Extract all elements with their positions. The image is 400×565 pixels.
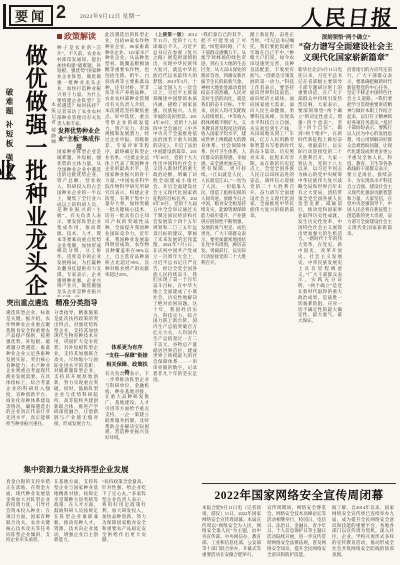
policy-subhead-3: 集中资源力量支持阵型企业发展	[6, 464, 146, 475]
policy-subhead-1-line1: 发挥优势种业企	[57, 128, 101, 136]
policy-article-headline: 做优做强一批种业龙头企业	[15, 36, 51, 304]
continuation-col6: 踏上新征程，奋进正当时。“牢记总书记嘱托，我们要把饭碗牢牢端在自己手中。”种粮大…	[250, 32, 294, 478]
continuation-lead: （上接第一版）	[153, 32, 187, 37]
policy-body-bot1: 真金白银的支持举措正在落地。在资金方面，现代种业发展基金将加大对阵型企业的投资力…	[6, 479, 50, 562]
policy-body-mid2: 分类指导、精准施策是此次扶持政策的突出特点。对强优势阵型企业，支持其加快现代生物…	[54, 310, 98, 460]
policy-body-col3b: 有关负责人表示，下一步将推动阵型企业与科研单位、金融机构、种业基地对接，在重大品…	[105, 371, 149, 460]
policy-body-mid1: 遴选阵型企业，标准是关键。据介绍，农作物种业企业重点聚焦粮食安全和重要农产品稳产…	[6, 310, 50, 460]
cyber-body-col3: 据了解，自2014年以来，国家网络安全宣传周已连续举办九届，成为提升全民网络安全…	[332, 505, 394, 562]
corner-fold-mark	[3, 4, 6, 27]
continuation-col5: “我们靠自己的双手，把不可能变成了可能。”回望来时路，广大干部群众感慨万千。从塞…	[201, 32, 246, 478]
policy-column-label-text: 政策解读	[64, 31, 96, 42]
section-label-box: 要闻	[9, 5, 53, 26]
masthead-rule	[3, 27, 397, 29]
square-bullet-icon	[57, 34, 62, 39]
cyber-article-headline: 2022年国家网络安全宣传周闭幕	[202, 487, 396, 503]
section-label: 要闻	[15, 6, 47, 25]
policy-body-col2a: 种子是农业的“芯片”。不久前，农业农村部印发通知，提出加快构建“破难题、补短板、…	[57, 45, 101, 126]
policy-subhead-2: 突出重点遴选 精准分类指导	[6, 298, 98, 308]
policy-body-col2b: 国家种业阵型企业是破难题、补短板、强优势的主体力量。从全国种业企业中遴选出的这批…	[57, 149, 101, 297]
newspaper-page: 要闻 2 2022年9月12日 星期一 人民日报 破难题 补短板 强优势 做优做…	[0, 0, 400, 565]
policy-body-bot3: “扶持政策含金量高、针对性强，给企业吃下了定心丸。”多家阵型企业负责人表示，将用…	[102, 479, 146, 562]
reaction-article-title-line1: “奋力谱写全面建设社会主	[298, 42, 394, 52]
policy-article-byline: 本报记者 郁静娴	[49, 102, 56, 172]
cyber-body-col2: 宣传周期间，网络安全博览会、网络安全技术高峰论坛等活动相继举行，校园日、电信日、…	[267, 505, 326, 562]
policy-inset-line1: 体系更为有序	[105, 344, 149, 352]
cyber-article-top-rule	[202, 483, 396, 484]
date-line: 2022年9月12日 星期一	[80, 12, 141, 20]
reaction-body-col8: 沿着指引的方向笃定前行，广大干部群众表示，要准确把握新时代新征程党的中心任务，坚…	[347, 67, 392, 478]
continuation-col4: （上接第一版） 2012年11月，党的十八大闭幕后不久，习近平总书记在参观《复兴…	[153, 32, 197, 562]
policy-body-col3a: 此次遴选出的阵型企业，包括69家农作物种业企业、86家畜禽种业企业、121家水产…	[105, 32, 149, 341]
continuation-col4-text: 2012年11月，党的十八大闭幕后不久，习近平总书记在参观《复兴之路》展览时深情…	[153, 32, 197, 382]
policy-column-label: 政策解读	[57, 31, 103, 42]
page-number: 2	[56, 2, 66, 23]
cyber-body-col1: 本报合肥9月11日电（记者徐靖、游仪）11日，2022年国家网络安全宣传周闭幕。…	[202, 505, 261, 562]
policy-body-bot2: 在基地方面，支持阵型企业与国家种业基地精准对接，按规定享受制种大县奖励等政策；在…	[54, 479, 98, 562]
reaction-article-kicker: 深刻领悟“两个确立”	[298, 33, 394, 41]
reaction-body-col7: 新华社北京9月11日电 连日来，习近平总书记在省部级主要领导干部专题研讨班上的重…	[298, 67, 342, 478]
reaction-article-title-line2: 义现代化国家崭新篇章”	[298, 53, 394, 63]
policy-inset-line2: “支柱—保障”衔接	[105, 352, 149, 360]
